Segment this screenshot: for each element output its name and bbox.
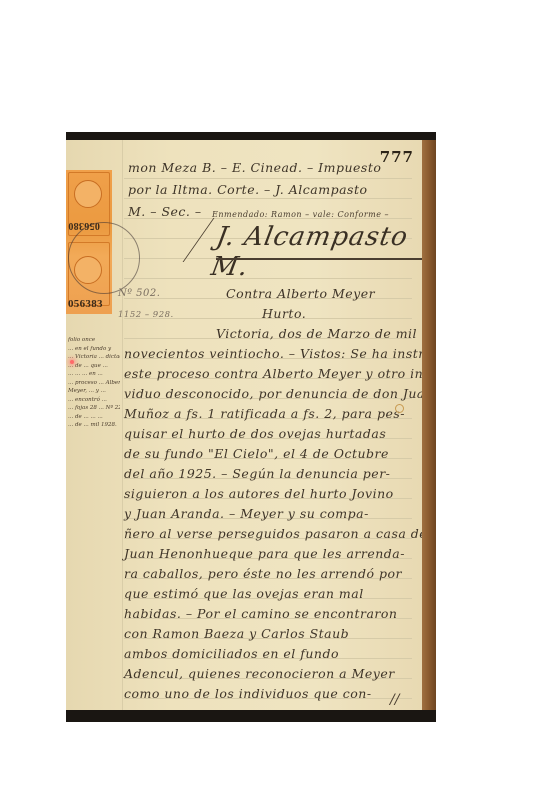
header-line-1: mon Meza B. – E. Cinead. – Impuesto — [128, 160, 381, 175]
margin-note-line: ... de ... ... ... — [68, 413, 120, 422]
laser-pointer-dot — [70, 360, 74, 364]
body-line: Victoria, dos de Marzo de mil — [216, 326, 417, 341]
margin-note-line: ... ... ... en ... — [68, 370, 120, 379]
body-line: ra caballos, pero éste no les arrendó po… — [124, 566, 402, 581]
case-subject: Hurto. — [262, 306, 306, 321]
body-line: viduo desconocido, por denuncia de don J… — [124, 386, 433, 401]
body-line: Adencul, quienes reconocieron a Meyer — [124, 666, 395, 681]
ruled-line — [124, 198, 412, 199]
case-reference: 1152 – 928. — [118, 310, 174, 320]
margin-note-line: ... fojas 28 ... Nº 228 — [68, 404, 120, 413]
margin-note-line: ... de ... mil 1928. — [68, 421, 120, 430]
header-line-3: M. – Sec. – — [128, 204, 202, 219]
margin-note-line: ... encontró ... — [68, 396, 120, 405]
body-line: Muñoz a fs. 1 ratificada a fs. 2, para p… — [124, 406, 405, 421]
signature: J. Alcampasto M. — [209, 222, 428, 282]
body-line: ñero al verse perseguidos pasaron a casa… — [124, 526, 427, 541]
signature-underline — [216, 258, 426, 260]
case-title: Contra Alberto Meyer — [226, 286, 375, 301]
book-page-edge — [422, 140, 436, 714]
header-line-2: por la Iltma. Corte. – J. Alcampasto — [128, 182, 368, 197]
margin-note-line: ... en el fundo y — [68, 345, 120, 354]
margin-note-line: Meyer, ... y ... — [68, 387, 120, 396]
body-line: ambos domiciliados en el fundo — [124, 646, 339, 661]
body-line: del año 1925. – Según la denuncia per- — [124, 466, 390, 481]
stamp-serial-bottom: 056383 — [68, 298, 103, 310]
body-line: y Juan Aranda. – Meyer y su compa- — [124, 506, 369, 521]
body-line: quisar el hurto de dos ovejas hurtadas — [124, 426, 386, 441]
margin-line — [122, 140, 123, 710]
end-mark: // — [390, 692, 399, 708]
margin-note: folio once ... en el fundo y ... Victori… — [68, 336, 120, 430]
postmark-cancel-icon — [68, 222, 140, 294]
ruled-line — [124, 178, 412, 179]
bottom-shadow — [66, 710, 436, 722]
margin-note-line: ... de ... que ... — [68, 362, 120, 371]
case-number: Nº 502. — [118, 288, 160, 299]
ledger-page: 777 056380 056383 mon Meza B. – E. Cinea… — [66, 140, 422, 710]
body-line: como uno de los individuos que con- — [124, 686, 372, 701]
margin-note-line: ... proceso ... Alberto — [68, 379, 120, 388]
body-line: novecientos veintiocho. – Vistos: Se ha … — [124, 346, 436, 361]
body-line: este proceso contra Alberto Meyer y otro… — [124, 366, 436, 381]
page-number: 777 — [380, 148, 414, 166]
margin-note-line: folio once — [68, 336, 120, 345]
binding-ring-icon — [395, 404, 404, 413]
body-line: con Ramon Baeza y Carlos Staub — [124, 626, 349, 641]
body-line: que estimó que las ovejas eran mal — [124, 586, 364, 601]
margin-note-line: ... Victoria ... dictada — [68, 353, 120, 362]
document-photo: 777 056380 056383 mon Meza B. – E. Cinea… — [66, 132, 436, 722]
body-line: de su fundo "El Cielo", el 4 de Octubre — [124, 446, 389, 461]
body-line: Juan Henonhueque para que les arrenda- — [124, 546, 405, 561]
body-line: habidas. – Por el camino se encontraron — [124, 606, 397, 621]
stamp-portrait-icon — [74, 180, 102, 208]
body-line: siguieron a los autores del hurto Jovino — [124, 486, 394, 501]
